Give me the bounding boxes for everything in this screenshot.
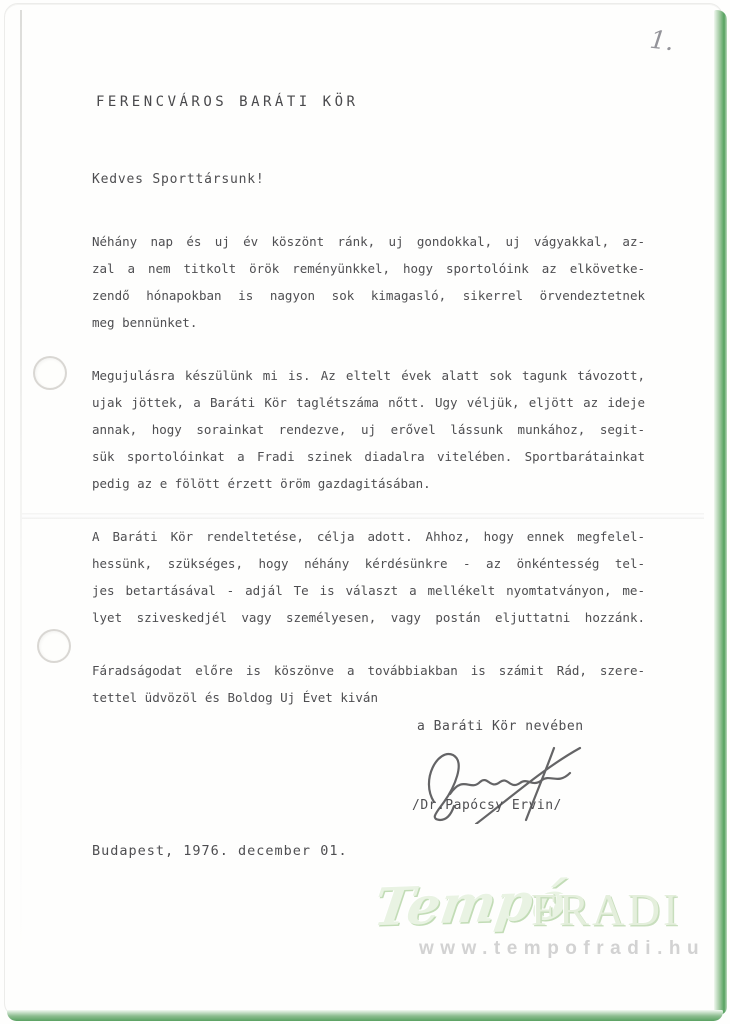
letter-line: hessünk, szükséges, hogy néhány kérdésün… [92,550,645,577]
letter-paragraph: A Baráti Kör rendeltetése, célja adott. … [92,523,645,631]
closing-line: a Baráti Kör nevében [417,719,584,734]
letter-line: ujak jöttek, a Baráti Kör taglétszáma nő… [92,389,645,416]
typed-signatory-name: /Dr.Papócsy Ervin/ [412,798,562,813]
watermark-fradi-logo: FRADI [531,884,681,936]
letter-line: pedig az e fölött érzett öröm gazdagitás… [92,470,645,497]
letter-line: annak, hogy sorainkat rendezve, uj erőve… [92,416,645,443]
letter-line: meg bennünket. [92,309,645,336]
letter-line: zendő hónapokban is nagyon sok kimagasló… [92,282,645,309]
letterhead-org-name: FERENCVÁROS BARÁTI KÖR [96,94,358,110]
letter-line: zal a nem titkolt örök reményünkkel, hog… [92,255,645,282]
watermark-url: www.tempofradi.hu [419,938,705,960]
letter-line: Néhány nap és uj év köszönt ránk, uj gon… [92,228,645,255]
letter-paragraph: Megujulásra készülünk mi is. Az eltelt é… [92,362,645,497]
punch-hole [33,356,67,390]
letter-line: A Baráti Kör rendeltetése, célja adott. … [92,523,645,550]
letter-line: sük sportolóinkat a Fradi szinek diadalr… [92,443,645,470]
punch-hole [37,629,71,663]
scan-frame-bottom-edge [7,1010,723,1021]
letter-paragraph: Néhány nap és uj év köszönt ránk, uj gon… [92,228,645,336]
letter-line: lyet sziveskedjél vagy személyesen, vagy… [92,604,645,631]
scanned-letter-page: 1. FERENCVÁROS BARÁTI KÖR Kedves Sporttá… [0,0,730,1024]
scan-frame-right-edge [714,10,727,1015]
handwritten-page-number: 1. [648,25,675,57]
letter-line: jes betartásával - adjál Te is választ a… [92,577,645,604]
salutation: Kedves Sporttársunk! [92,172,265,187]
watermark: Tempó FRADI www.tempofradi.hu [375,882,720,977]
letter-body: Néhány nap és uj év köszönt ránk, uj gon… [92,228,645,737]
paper-edge-shadow [20,10,22,964]
letter-paragraph: Fáradságodat előre is köszönve a további… [92,657,645,711]
letter-line: Fáradságodat előre is köszönve a további… [92,657,645,684]
letter-line: Megujulásra készülünk mi is. Az eltelt é… [92,362,645,389]
dateline: Budapest, 1976. december 01. [92,843,348,859]
letter-line: tettel üdvözöl és Boldog Uj Évet kiván [92,684,645,711]
